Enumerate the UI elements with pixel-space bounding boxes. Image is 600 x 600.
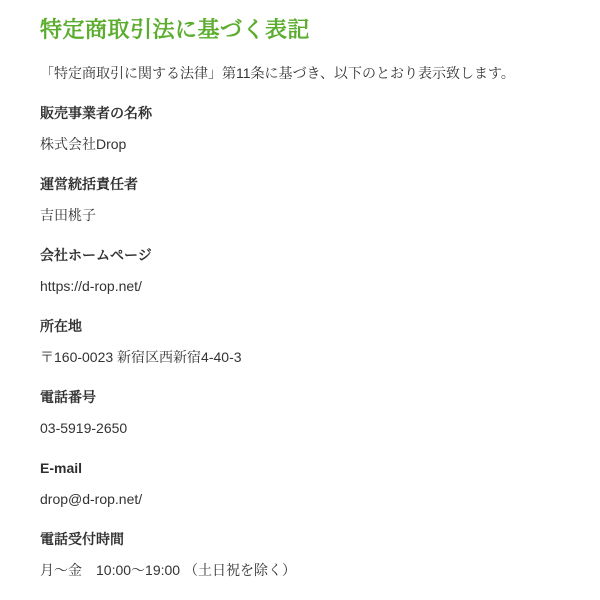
section-value: 03-5919-2650 (40, 418, 560, 438)
section-value: https://d-rop.net/ (40, 276, 560, 296)
section-label: 電話番号 (40, 387, 560, 407)
section-label: 運営統括責任者 (40, 174, 560, 194)
section-label: 会社ホームページ (40, 245, 560, 265)
section-label: E-mail (40, 458, 560, 478)
info-section-phone-hours: 電話受付時間 月～金 10:00～19:00 （土日祝を除く） (40, 529, 560, 580)
info-section-seller-name: 販売事業者の名称 株式会社Drop (40, 103, 560, 154)
page-title: 特定商取引法に基づく表記 (40, 14, 560, 46)
section-label: 電話受付時間 (40, 529, 560, 549)
info-section-company-homepage: 会社ホームページ https://d-rop.net/ (40, 245, 560, 296)
info-section-phone-number: 電話番号 03-5919-2650 (40, 387, 560, 438)
info-section-email: E-mail drop@d-rop.net/ (40, 458, 560, 509)
info-section-address: 所在地 〒160-0023 新宿区西新宿4-40-3 (40, 316, 560, 367)
legal-notice-page: 特定商取引法に基づく表記 「特定商取引に関する法律」第11条に基づき、以下のとお… (0, 0, 600, 600)
intro-text: 「特定商取引に関する法律」第11条に基づき、以下のとおり表示致します。 (40, 63, 560, 83)
section-value: 〒160-0023 新宿区西新宿4-40-3 (40, 347, 560, 367)
section-value: drop@d-rop.net/ (40, 489, 560, 509)
section-label: 販売事業者の名称 (40, 103, 560, 123)
section-value: 月～金 10:00～19:00 （土日祝を除く） (40, 560, 560, 580)
section-label: 所在地 (40, 316, 560, 336)
section-value: 株式会社Drop (40, 134, 560, 154)
info-section-operations-manager: 運営統括責任者 吉田桃子 (40, 174, 560, 225)
section-value: 吉田桃子 (40, 205, 560, 225)
